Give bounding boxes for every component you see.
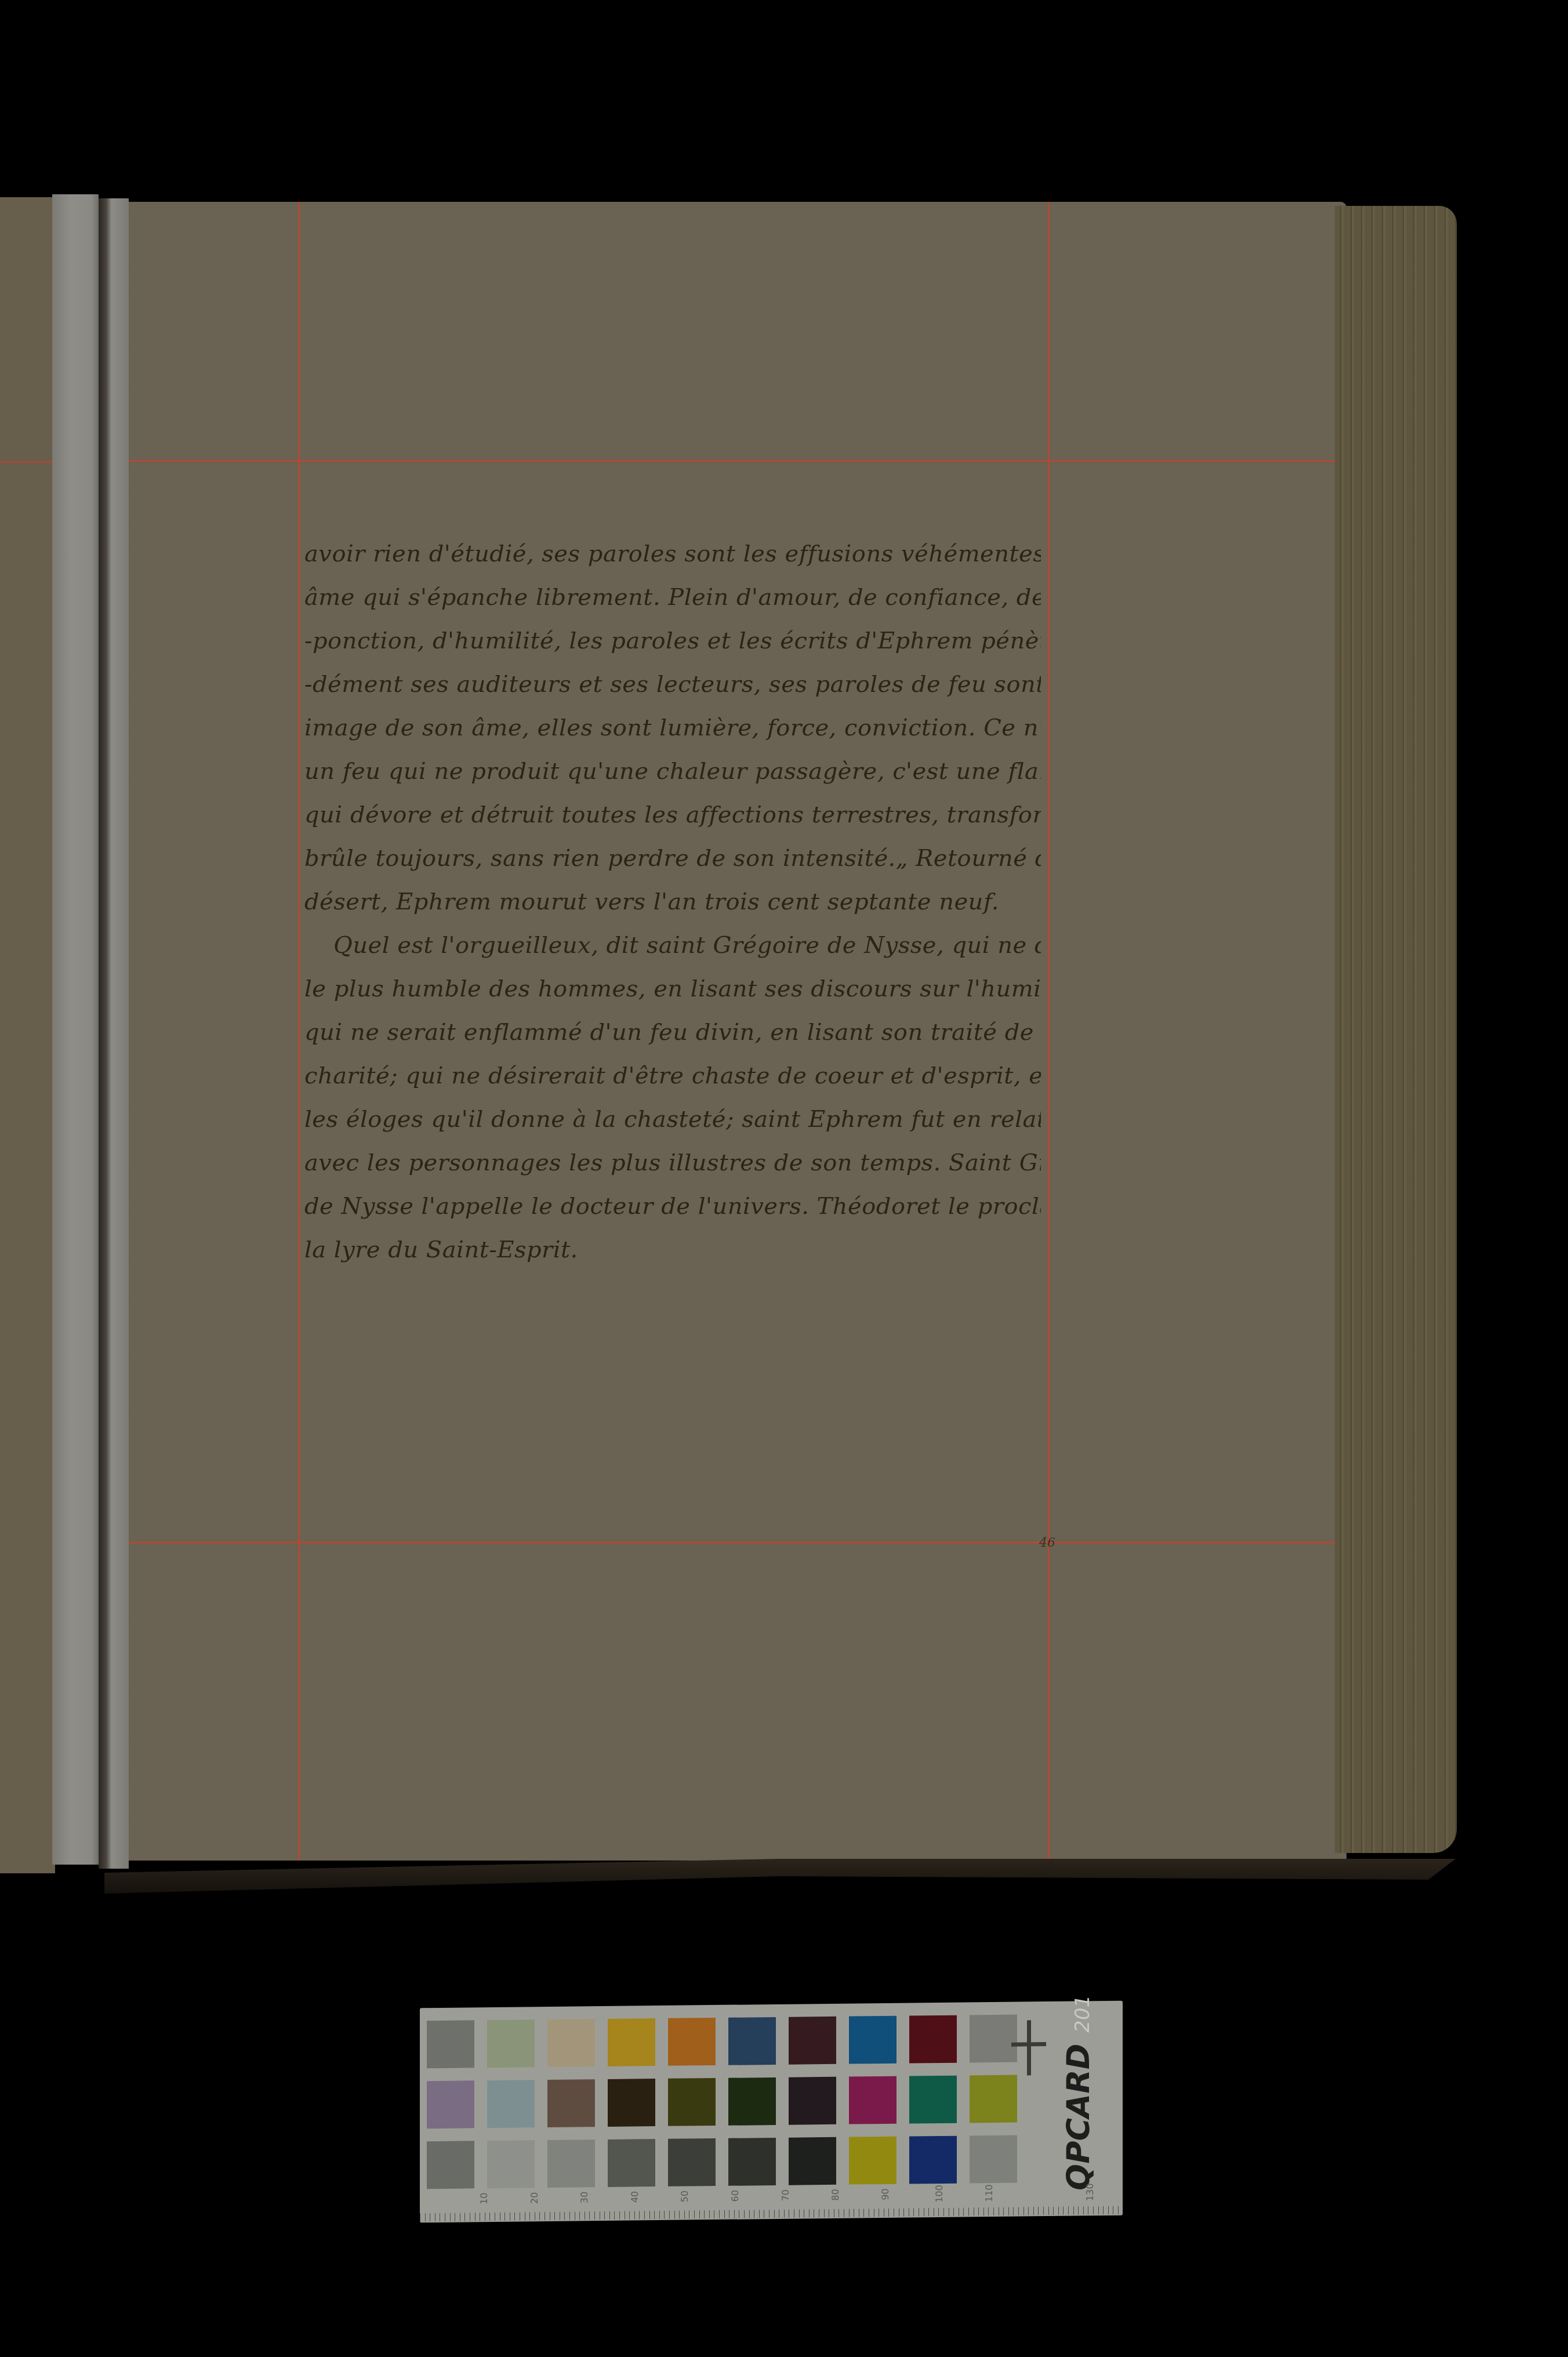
text-line: qui ne serait enflammé d'un feu divin, e… (304, 1011, 1041, 1054)
color-swatch (487, 2140, 535, 2188)
text-line: la lyre du Saint-Esprit. (304, 1228, 1041, 1272)
color-swatch (970, 2015, 1017, 2063)
color-swatch (909, 2015, 957, 2064)
page-number: 46 (1039, 1536, 1055, 1550)
color-swatch (789, 2077, 836, 2125)
card-brand-name: QPCARD (1060, 2043, 1097, 2191)
color-swatch (909, 2136, 957, 2184)
color-swatch (668, 2018, 716, 2066)
text-line: -dément ses auditeurs et ses lecteurs, s… (304, 663, 1041, 706)
page-edges-stack (1335, 206, 1457, 1853)
color-swatch (668, 2078, 716, 2126)
text-line: le plus humble des hommes, en lisant ses… (304, 967, 1041, 1011)
top-margin-rule (129, 460, 1346, 462)
color-swatch (789, 2137, 836, 2185)
color-swatch (608, 2018, 655, 2066)
ruler-label: 20 (529, 2192, 540, 2204)
color-swatch (427, 2020, 474, 2068)
text-line: un feu qui ne produit qu'une chaleur pas… (304, 750, 1041, 793)
ruler-label: 130 (1084, 2183, 1095, 2201)
ruler-ticks (420, 2206, 1123, 2222)
color-swatch-grid (427, 2015, 1018, 2189)
color-swatch (849, 2076, 896, 2124)
ruler-label: 100 (934, 2185, 945, 2203)
ruler-label: 60 (729, 2190, 741, 2202)
text-line: -ponction, d'humilité, les paroles et le… (304, 619, 1041, 663)
ruler-label: 110 (983, 2184, 994, 2202)
gutter-binding-strip-inner (111, 198, 129, 1869)
card-brand-label: QPCARD 201 (1052, 2012, 1104, 2199)
ruler-label: 40 (629, 2191, 640, 2203)
color-swatch (668, 2138, 716, 2186)
color-swatch (728, 2017, 776, 2065)
text-line: désert, Ephrem mourut vers l'an trois ce… (304, 880, 1041, 924)
color-swatch (608, 2139, 655, 2187)
text-line: avec les personnages les plus illustres … (304, 1141, 1041, 1185)
text-line: de Nysse l'appelle le docteur de l'unive… (304, 1185, 1041, 1228)
crosshair-icon (1011, 2020, 1046, 2076)
left-page-edge (0, 197, 55, 1873)
color-swatch (427, 2080, 474, 2128)
ruler-label: 80 (830, 2189, 841, 2201)
text-line: âme qui s'épanche librement. Plein d'amo… (304, 576, 1041, 619)
text-line: image de son âme, elles sont lumière, fo… (304, 706, 1041, 750)
color-swatch (849, 2137, 896, 2185)
color-swatch (608, 2079, 655, 2127)
color-swatch (728, 2138, 776, 2186)
ruler-label: 50 (679, 2191, 690, 2203)
color-swatch (547, 2079, 595, 2127)
text-line: brûle toujours, sans rien perdre de son … (304, 837, 1041, 880)
card-model-number: 201 (1071, 1995, 1094, 2033)
ruler-label: 30 (579, 2192, 590, 2204)
left-page-rule-line (0, 461, 55, 463)
color-swatch (909, 2076, 957, 2124)
color-swatch (487, 2019, 535, 2068)
measurement-ruler: 102030405060708090100110130 (420, 2186, 1123, 2222)
color-swatch (427, 2141, 474, 2189)
color-swatch (970, 2075, 1017, 2123)
color-calibration-card: QPCARD 201 102030405060708090100110130 (420, 2001, 1123, 2223)
gutter-binding-strip (52, 194, 99, 1865)
color-swatch (849, 2016, 896, 2064)
handwritten-text-block: avoir rien d'étudié, ses paroles sont le… (304, 532, 1041, 1272)
color-swatch (970, 2135, 1017, 2184)
color-swatch (728, 2077, 776, 2126)
color-swatch (789, 2017, 836, 2065)
ruler-label: 10 (478, 2192, 489, 2204)
bottom-margin-rule (129, 1542, 1346, 1543)
text-line: les éloges qu'il donne à la chasteté; sa… (304, 1098, 1041, 1141)
right-margin-rule (1048, 202, 1050, 1861)
ruler-label: 90 (880, 2188, 891, 2200)
paragraph-start-line: Quel est l'orgueilleux, dit saint Grégoi… (304, 924, 1041, 967)
ruler-label: 70 (780, 2189, 791, 2202)
text-line: qui dévore et détruit toutes les affecti… (304, 793, 1041, 837)
color-swatch (487, 2080, 535, 2128)
text-line: avoir rien d'étudié, ses paroles sont le… (304, 532, 1041, 576)
gutter-shadow (99, 198, 111, 1869)
text-line: charité; qui ne désirerait d'être chaste… (304, 1054, 1041, 1098)
left-margin-rule (298, 202, 300, 1861)
color-swatch (547, 2140, 595, 2188)
color-swatch (547, 2019, 595, 2067)
